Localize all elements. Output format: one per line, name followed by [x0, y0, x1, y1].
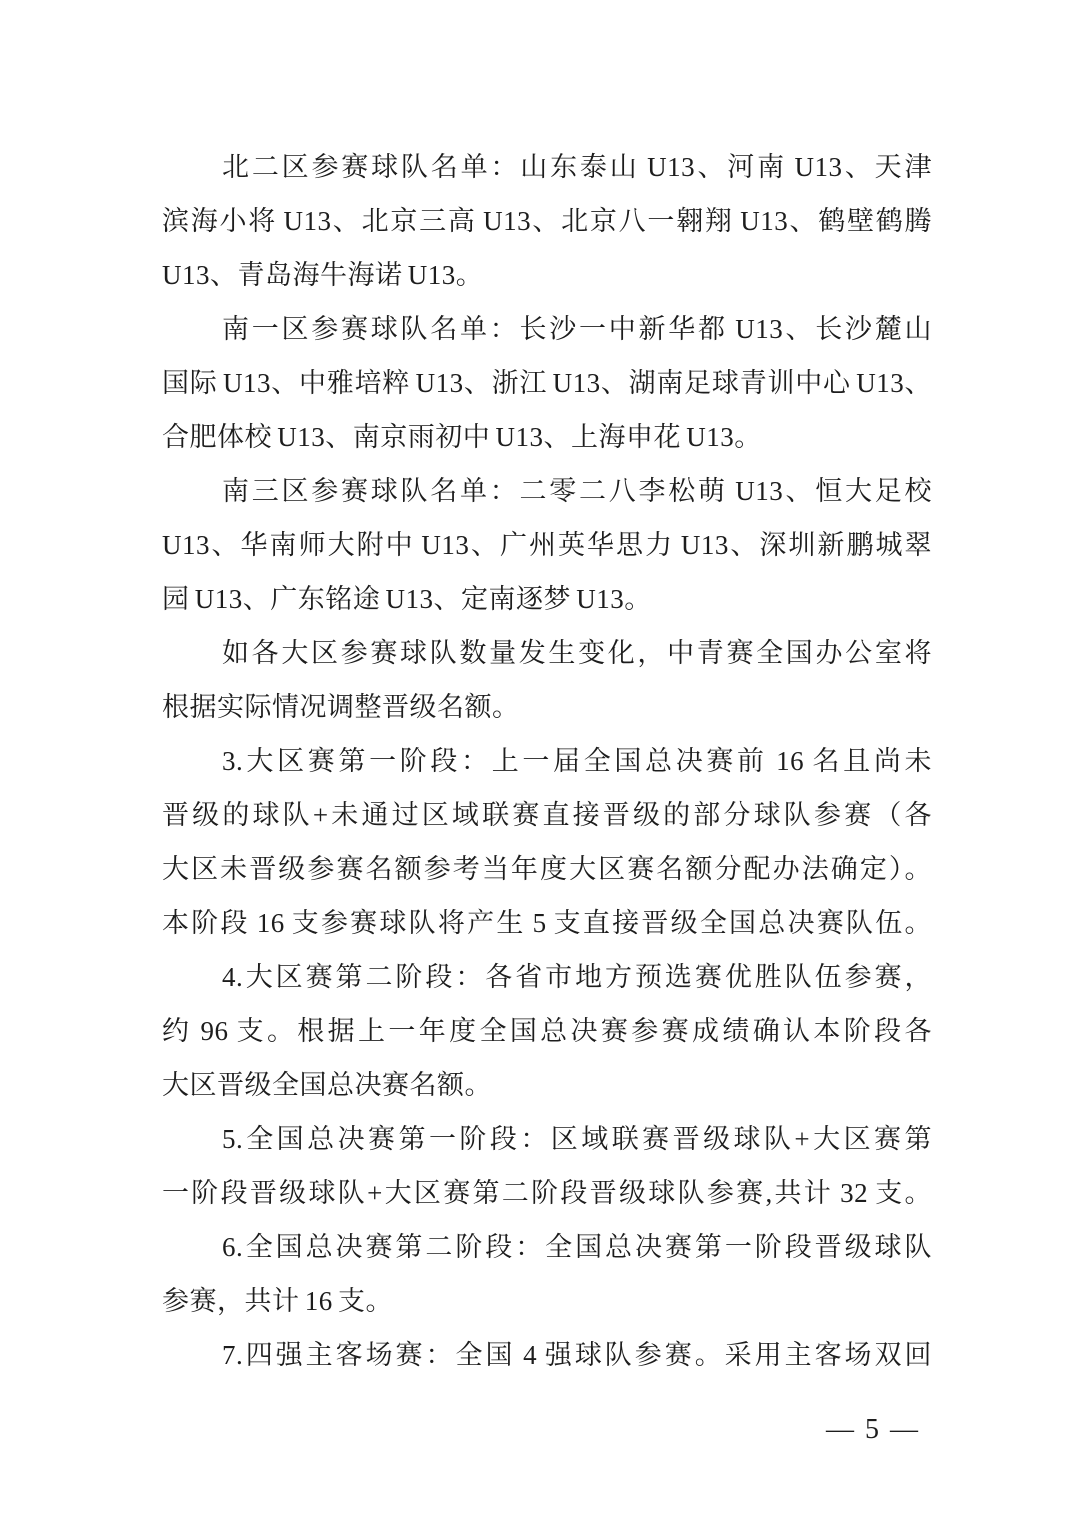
page-number: — 5 —: [826, 1410, 920, 1450]
text-line: 参赛，共计 16 支。: [162, 1274, 932, 1328]
text-line: 晋级的球队+未通过区域联赛直接晋级的部分球队参赛（各: [162, 788, 932, 842]
text-line: 本阶段 16 支参赛球队将产生 5 支直接晋级全国总决赛队伍。: [162, 896, 932, 950]
text-line: 南一区参赛球队名单：长沙一中新华都 U13、长沙麓山: [162, 302, 932, 356]
text-line: 约 96 支。根据上一年度全国总决赛参赛成绩确认本阶段各: [162, 1004, 932, 1058]
document-page: 北二区参赛球队名单：山东泰山 U13、河南 U13、天津 滨海小将 U13、北京…: [0, 0, 1080, 1527]
text-line: 滨海小将 U13、北京三高 U13、北京八一翱翔 U13、鹤壁鹤腾: [162, 194, 932, 248]
text-line: 5.全国总决赛第一阶段：区域联赛晋级球队+大区赛第: [162, 1112, 932, 1166]
text-line: 如各大区参赛球队数量发生变化，中青赛全国办公室将: [162, 626, 932, 680]
text-line: 7.四强主客场赛：全国 4 强球队参赛。采用主客场双回: [162, 1328, 932, 1382]
text-line: 园 U13、广东铭途 U13、定南逐梦 U13。: [162, 572, 932, 626]
text-line: 北二区参赛球队名单：山东泰山 U13、河南 U13、天津: [162, 140, 932, 194]
text-line: U13、华南师大附中 U13、广州英华思力 U13、深圳新鹏城翠: [162, 518, 932, 572]
text-line: 3.大区赛第一阶段：上一届全国总决赛前 16 名且尚未: [162, 734, 932, 788]
text-line: 一阶段晋级球队+大区赛第二阶段晋级球队参赛,共计 32 支。: [162, 1166, 932, 1220]
document-body: 北二区参赛球队名单：山东泰山 U13、河南 U13、天津 滨海小将 U13、北京…: [162, 140, 932, 1382]
text-line: 4.大区赛第二阶段：各省市地方预选赛优胜队伍参赛，: [162, 950, 932, 1004]
text-line: 根据实际情况调整晋级名额。: [162, 680, 932, 734]
text-line: U13、青岛海牛海诺 U13。: [162, 248, 932, 302]
text-line: 6.全国总决赛第二阶段：全国总决赛第一阶段晋级球队: [162, 1220, 932, 1274]
text-line: 国际 U13、中雅培粹 U13、浙江 U13、湖南足球青训中心 U13、: [162, 356, 932, 410]
text-line: 南三区参赛球队名单：二零二八李松萌 U13、恒大足校: [162, 464, 932, 518]
text-line: 大区未晋级参赛名额参考当年度大区赛名额分配办法确定）。: [162, 842, 932, 896]
text-line: 合肥体校 U13、南京雨初中 U13、上海申花 U13。: [162, 410, 932, 464]
text-line: 大区晋级全国总决赛名额。: [162, 1058, 932, 1112]
